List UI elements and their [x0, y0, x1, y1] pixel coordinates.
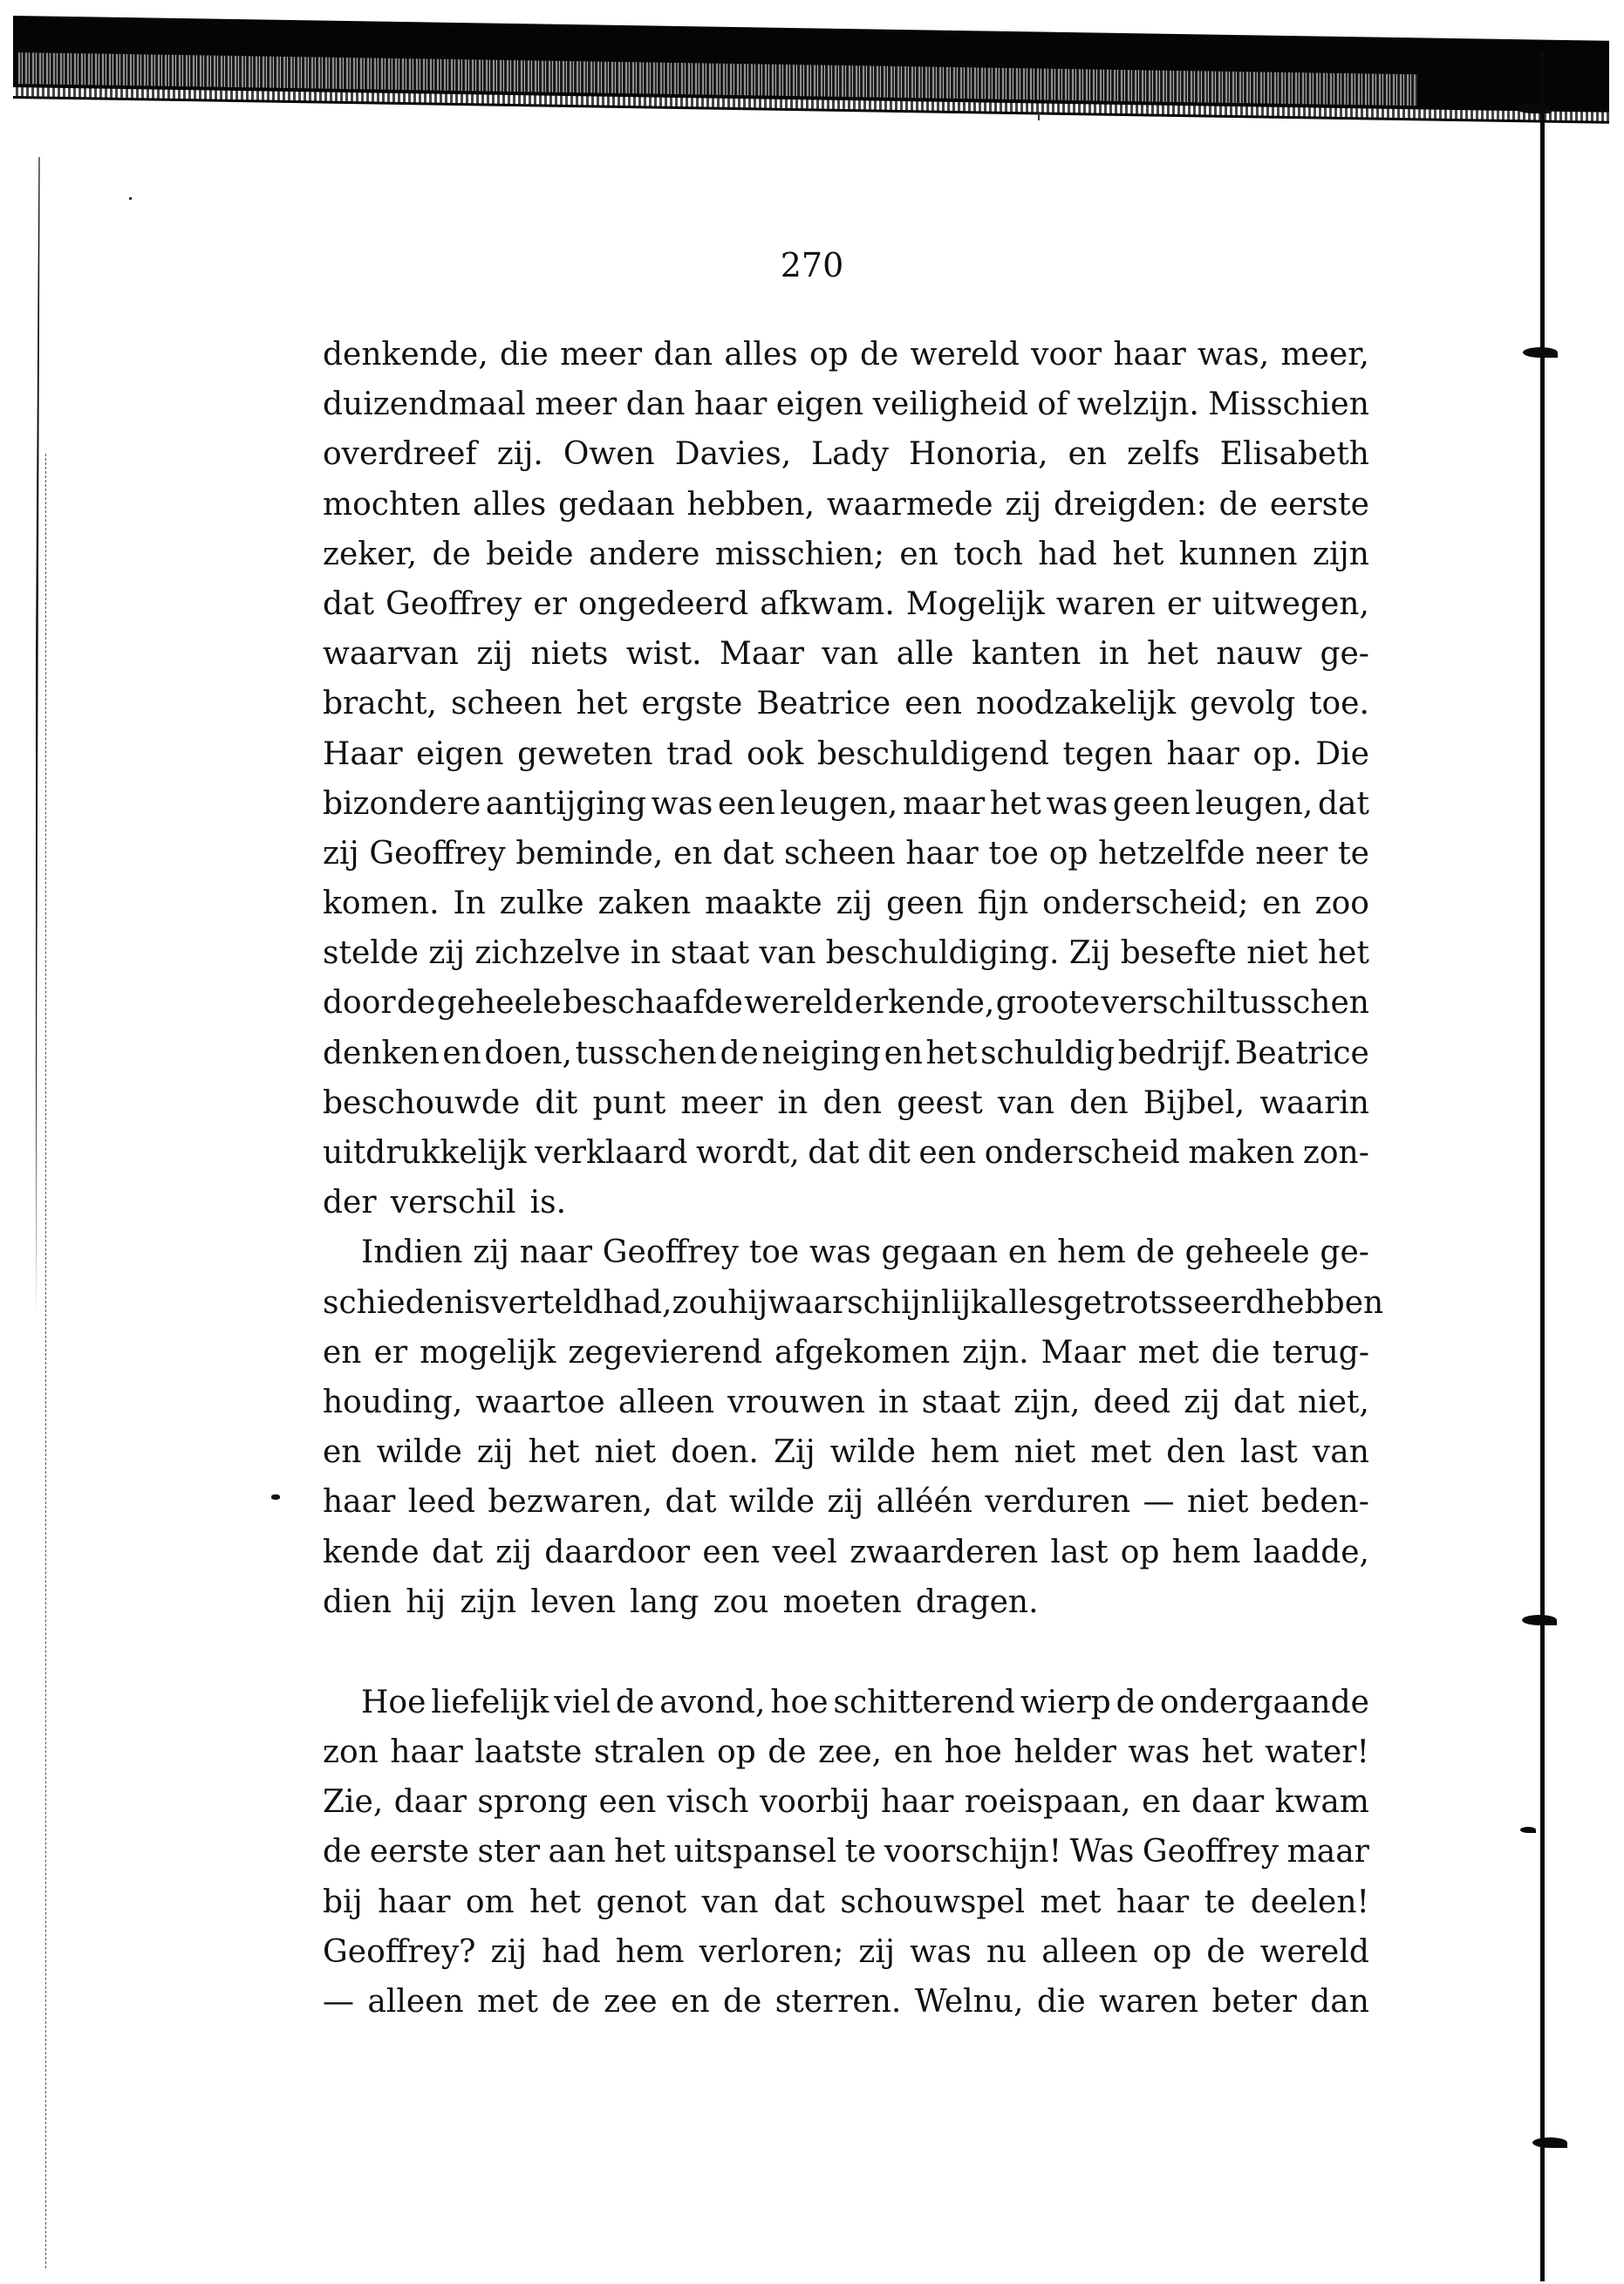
binding-clip-icon [1532, 2137, 1567, 2148]
text-line: denkenendoen,tusschendeneigingenhetschul… [323, 1029, 1369, 1078]
text-line: datGeoffreyerongedeerdafkwam.Mogelijkwar… [323, 579, 1369, 629]
text-line: Hoeliefelijkvieldeavond,hoeschitterendwi… [323, 1678, 1369, 1727]
text-line: zijGeoffreybeminde,endatscheenhaartoeoph… [323, 829, 1369, 879]
page-number: 270 [0, 246, 1624, 284]
scan-top-edge-shadow [13, 16, 1609, 124]
scan-left-edge-shadow [26, 157, 47, 2277]
paragraph: denkende,diemeerdanallesopdewereldvoorha… [323, 330, 1369, 1227]
text-line: haarleedbezwaren,datwildezijalléénverdur… [323, 1477, 1369, 1527]
text-line: Haareigengewetentradookbeschuldigendtege… [323, 729, 1369, 779]
scan-left-edge-line [45, 454, 47, 2268]
text-line: Zie,daarsprongeenvischvoorbijhaarroeispa… [323, 1777, 1369, 1827]
binding-clip-icon [1520, 1827, 1536, 1833]
text-line: doordegeheelebeschaafdewerelderkende,gro… [323, 978, 1369, 1028]
text-line: uitdrukkelijkverklaardwordt,datditeenond… [323, 1128, 1369, 1178]
text-line: zonhaarlaatstestralenopdezee,enhoehelder… [323, 1727, 1369, 1777]
body-text: denkende,diemeerdanallesopdewereldvoorha… [323, 330, 1369, 2027]
text-line: enwildezijhetnietdoen.Zijwildehemnietmet… [323, 1427, 1369, 1477]
text-line: bizondereaantijgingwaseenleugen,maarhetw… [323, 779, 1369, 829]
paragraph: IndienzijnaarGeoffreytoewasgegaanenhemde… [323, 1227, 1369, 1627]
ink-speck [129, 197, 132, 200]
text-line: beschouwdeditpuntmeerindengeestvandenBij… [323, 1078, 1369, 1128]
binding-line [1540, 52, 1545, 2281]
text-line: steldezijzichzelveinstaatvanbeschuldigin… [323, 928, 1369, 978]
text-line: bracht,scheenhetergsteBeatriceeennoodzak… [323, 679, 1369, 728]
text-line: IndienzijnaarGeoffreytoewasgegaanenhemde… [323, 1227, 1369, 1277]
binding-clip-icon [1523, 347, 1558, 358]
ink-speck [1038, 112, 1040, 120]
text-line: derverschilis. [323, 1178, 1369, 1227]
text-line: overdreefzij.OwenDavies,LadyHonoria,enze… [323, 429, 1369, 479]
text-line: schiedenisverteldhad,zouhijwaarschijnlij… [323, 1278, 1369, 1328]
text-line: Geoffrey?zijhadhemverloren;zijwasnuallee… [323, 1927, 1369, 1977]
text-line: dienhijzijnlevenlangzoumoetendragen. [323, 1577, 1369, 1627]
text-line: kendedatzijdaardooreenveelzwaarderenlast… [323, 1528, 1369, 1577]
text-line: zeker,debeideanderemisschien;entochhadhe… [323, 530, 1369, 579]
text-line: mochtenallesgedaanhebben,waarmedezijdrei… [323, 480, 1369, 530]
text-line: enermogelijkzegevierendafgekomenzijn.Maa… [323, 1328, 1369, 1378]
text-line: houding,waartoealleenvrouweninstaatzijn,… [323, 1378, 1369, 1427]
binding-clip-icon [1522, 1615, 1557, 1625]
text-line: denkende,diemeerdanallesopdewereldvoorha… [323, 330, 1369, 380]
ink-speck [271, 1494, 280, 1500]
text-line: deeerstesteraanhetuitspanseltevoorschijn… [323, 1827, 1369, 1877]
text-line: komen.Inzulkezakenmaaktezijgeenfijnonder… [323, 879, 1369, 928]
text-line: bijhaaromhetgenotvandatschouwspelmethaar… [323, 1877, 1369, 1927]
text-line: duizendmaalmeerdanhaareigenveiligheidofw… [323, 380, 1369, 429]
binding-clip-icon [1516, 103, 1551, 113]
text-line: —alleenmetdezeeendesterren.Welnu,dieware… [323, 1977, 1369, 2027]
text-line: waarvanzijnietswist.Maarvanallekanteninh… [323, 629, 1369, 679]
paragraph: Hoeliefelijkvieldeavond,hoeschitterendwi… [323, 1678, 1369, 2027]
